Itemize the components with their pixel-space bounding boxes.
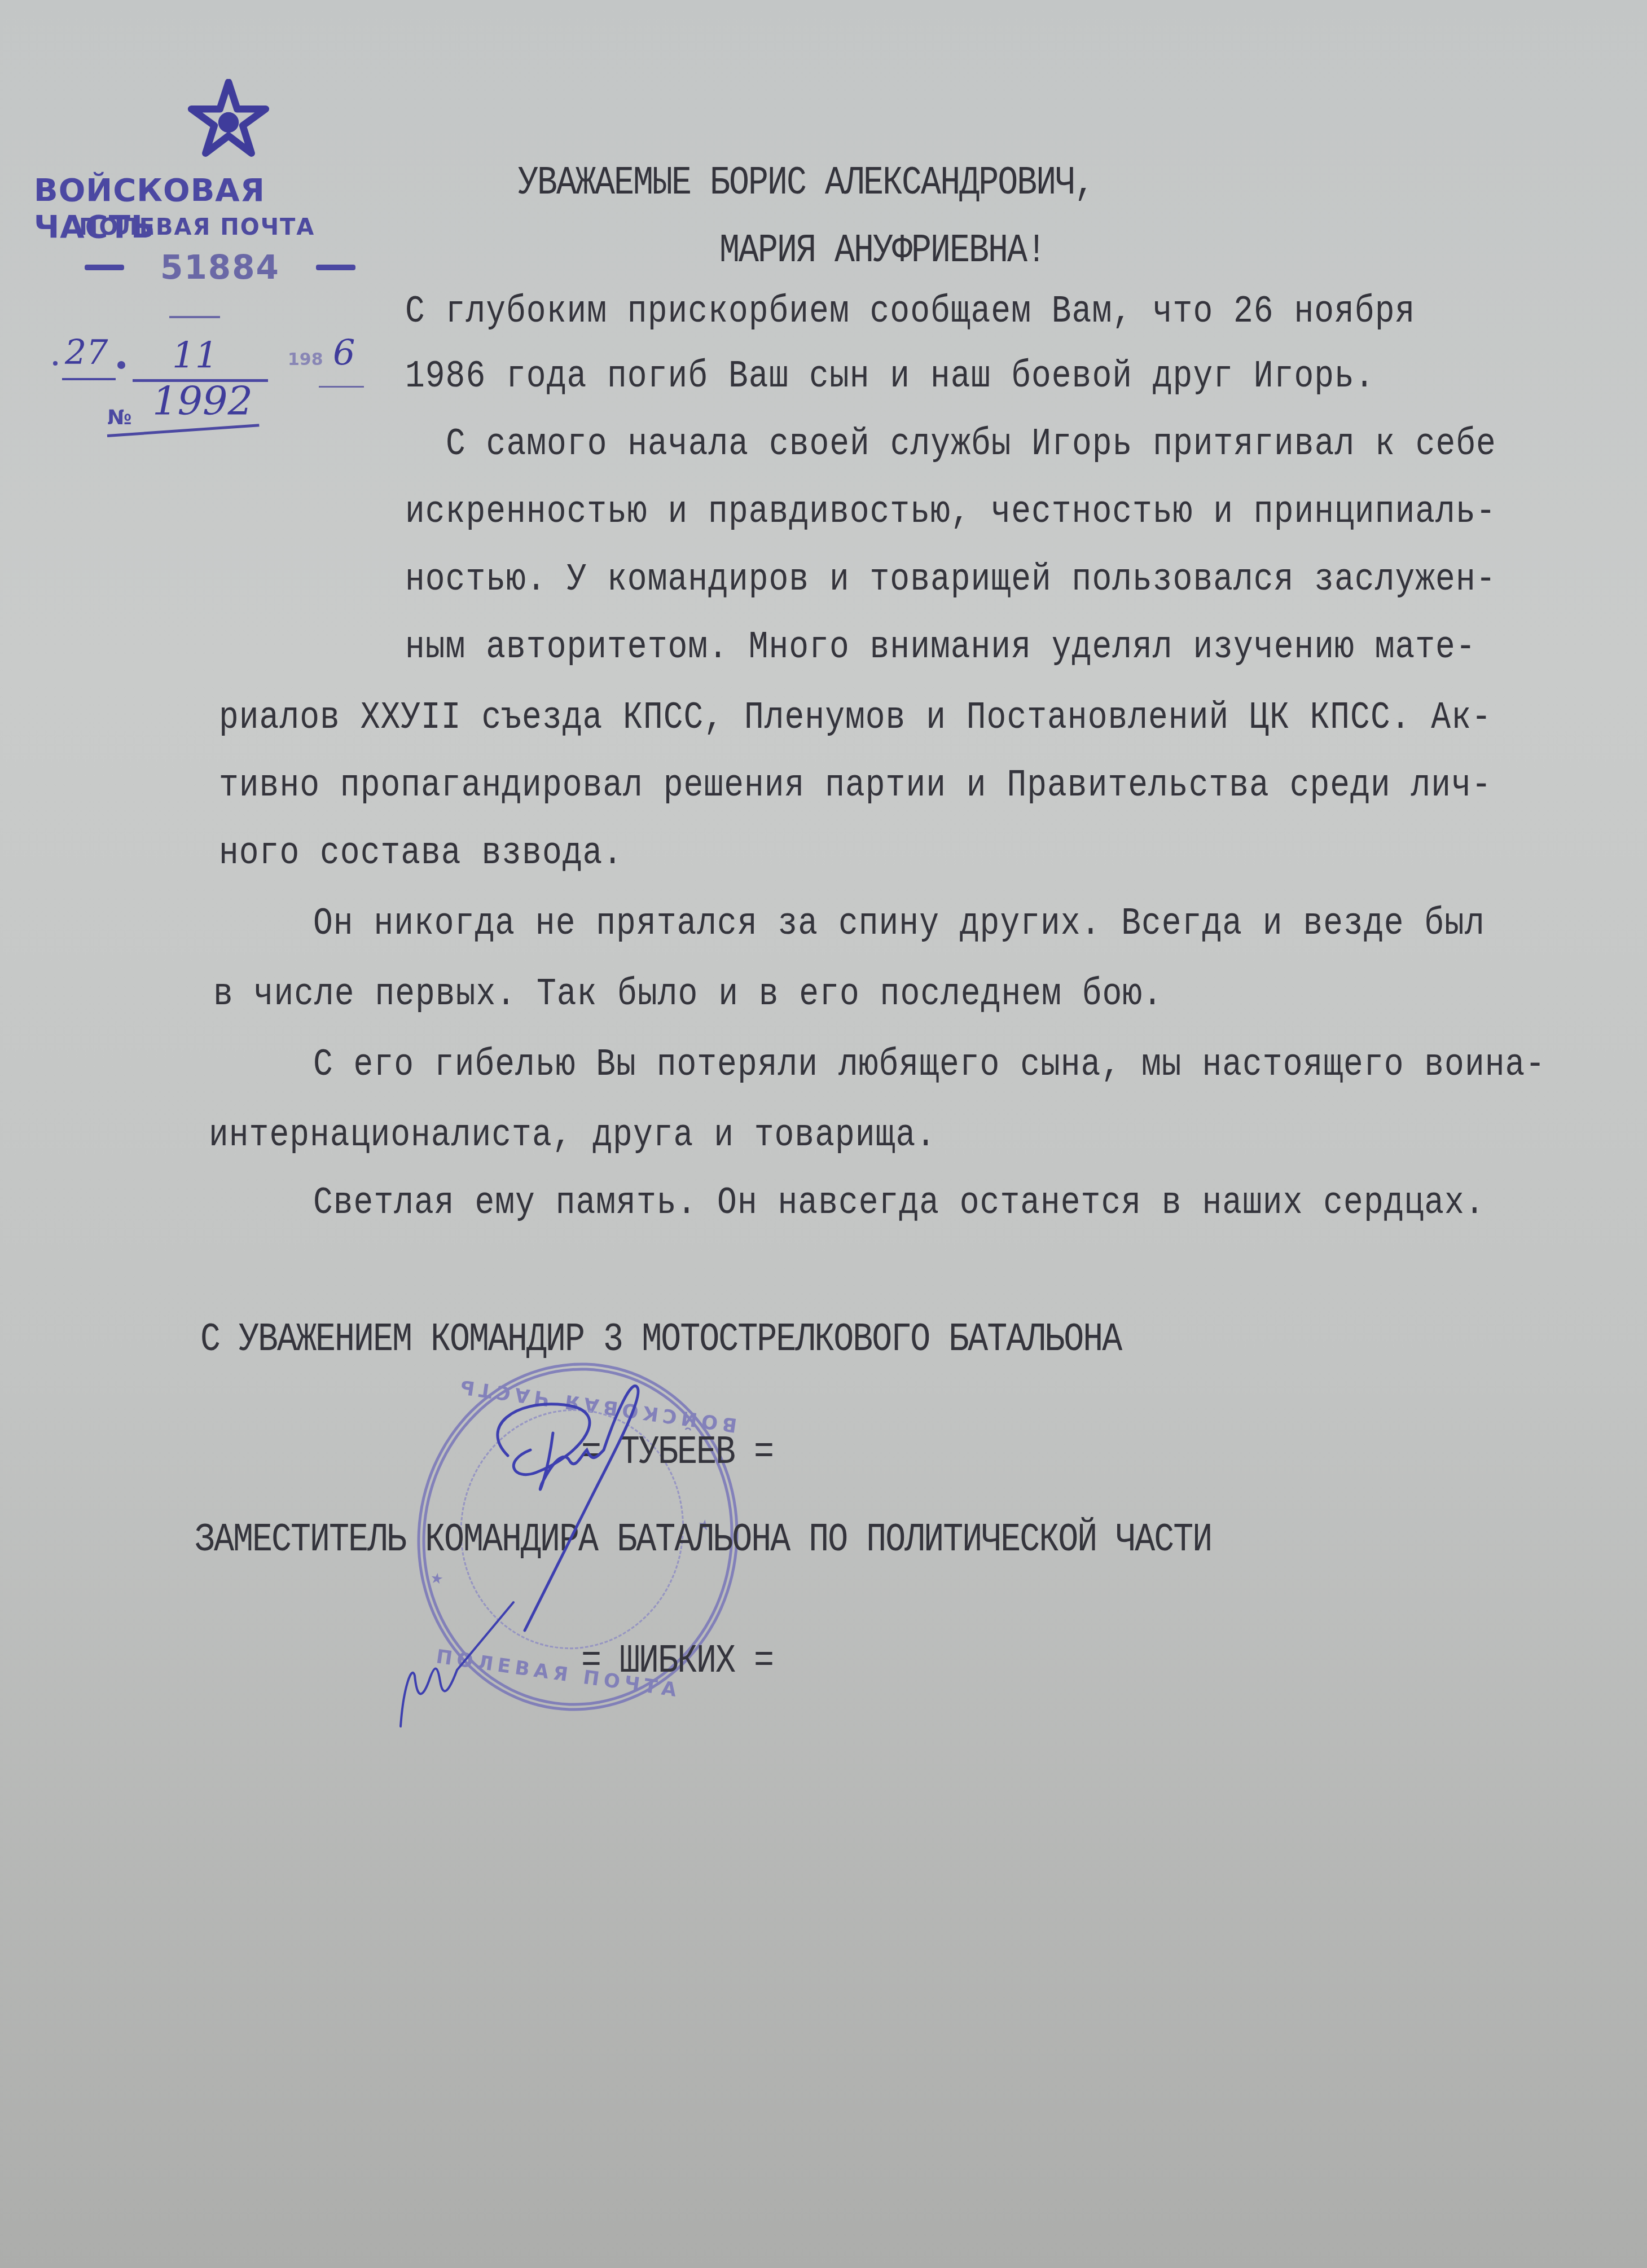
stamp-unit-number: 51884: [160, 248, 280, 287]
body-line: Он никогда не прятался за спину других. …: [313, 903, 1485, 946]
stamp-reg-number: 1992: [152, 378, 253, 424]
military-unit-stamp: ВОЙСКОВАЯ ЧАСТЬ ПОЛЕВАЯ ПОЧТА 51884 27 1…: [23, 79, 384, 451]
dash-decoration: [316, 265, 355, 270]
body-line: С глубоким прискорбием сообщаем Вам, что…: [405, 291, 1415, 334]
star-icon: [186, 79, 271, 158]
body-line: тивно пропагандировал решения партии и П…: [219, 764, 1492, 808]
body-line: ным авторитетом. Много внимания уделял и…: [405, 626, 1476, 670]
stamp-field-post-label: ПОЛЕВАЯ ПОЧТА: [79, 214, 372, 240]
body-line: интернационалиста, друга и товарища.: [209, 1114, 936, 1158]
dot-decoration: [117, 361, 125, 369]
body-line: С самого начала своей службы Игорь притя…: [446, 423, 1496, 467]
star-icon: ★: [429, 1565, 445, 1591]
body-line: в числе первых. Так было и в его последн…: [213, 973, 1163, 1017]
dash-decoration: [85, 265, 124, 270]
stamp-reg-label: №: [107, 406, 131, 429]
stamp-date-year-suffix: 6: [333, 332, 355, 373]
letter-page: ВОЙСКОВАЯ ЧАСТЬ ПОЛЕВАЯ ПОЧТА 51884 27 1…: [0, 0, 1647, 2268]
salutation-line-1: УВАЖАЕМЫЕ БОРИС АЛЕКСАНДРОВИЧ,: [518, 161, 1093, 206]
body-line: искренностью и правдивостью, честностью …: [405, 491, 1496, 534]
stamp-number-row: 51884: [85, 248, 355, 287]
stamp-registration: № 1992: [107, 378, 344, 440]
stamp-date-day: 27: [65, 333, 108, 372]
body-line: С его гибелью Вы потеряли любящего сына,…: [313, 1044, 1545, 1087]
dot-decoration: [53, 361, 58, 366]
stamp-divider: [169, 316, 220, 318]
stamp-date-month: 11: [172, 335, 218, 377]
body-line: Светлая ему память. Он навсегда останетс…: [313, 1182, 1485, 1225]
body-line: ностью. У командиров и товарищей пользов…: [405, 559, 1496, 602]
stamp-date-year-prefix: 198: [288, 350, 323, 370]
body-line: 1986 года погиб Ваш сын и наш боевой дру…: [405, 355, 1375, 399]
closing-regards: С УВАЖЕНИЕМ КОМАНДИР 3 МОТОСТРЕЛКОВОГО Б…: [200, 1317, 1121, 1362]
deputy-signature: [389, 1597, 570, 1743]
body-line: риалов ХХУII съезда КПСС, Пленумов и Пос…: [219, 697, 1492, 740]
body-line: ного состава взвода.: [219, 832, 623, 876]
salutation-line-2: МАРИЯ АНУФРИЕВНА!: [719, 228, 1046, 274]
